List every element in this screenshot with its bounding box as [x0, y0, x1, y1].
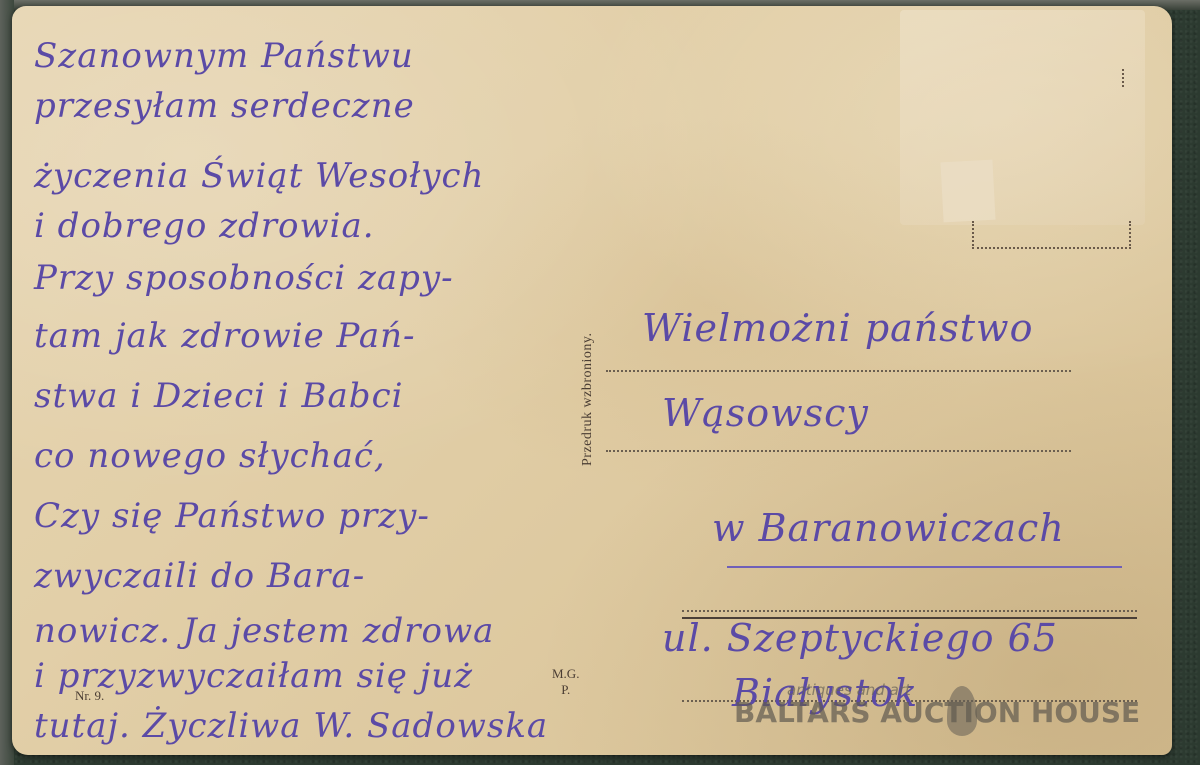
stamp-remnant — [940, 160, 995, 223]
address-salutation: Wielmożni państwo — [642, 306, 1033, 350]
message-line: Szanownym Państwu — [34, 36, 414, 76]
address-town-underline — [727, 566, 1122, 568]
postcard: Przedruk wzbroniony. Szanownym Państwu p… — [12, 6, 1172, 755]
message-line: życzenia Świąt Wesołych — [34, 156, 484, 196]
stamp-placement-box — [972, 221, 1131, 249]
address-rule-2 — [606, 450, 1071, 452]
message-line: co nowego słychać, — [34, 436, 386, 476]
message-line: Przy sposobności zapy- — [34, 258, 454, 298]
address-rule-1 — [606, 370, 1071, 372]
stamp-corner-mark — [1122, 69, 1126, 87]
message-line: i dobrego zdrowia. — [34, 206, 375, 246]
address-street: ul. Szeptyckiego 65 — [662, 616, 1058, 660]
publisher-mark-bottom: P. — [552, 682, 579, 698]
message-line: przesyłam serdeczne — [34, 86, 415, 126]
stamp-area — [900, 10, 1145, 225]
message-line: Czy się Państwo przy- — [34, 496, 430, 536]
address-town: w Baranowiczach — [712, 506, 1065, 550]
watermark-auction-house: BALTARS AUCTION HOUSE — [734, 696, 1134, 736]
message-line: zwyczaili do Bara- — [34, 556, 365, 596]
reprint-prohibited-notice: Przedruk wzbroniony. — [580, 332, 596, 466]
publisher-mark-top: M.G. — [552, 666, 579, 682]
address-recipient: Wąsowscy — [662, 391, 869, 435]
message-line: nowicz. Ja jestem zdrowa — [34, 611, 494, 651]
publisher-mark: M.G. P. — [552, 666, 579, 698]
address-rule-3 — [682, 610, 1137, 612]
message-line: tam jak zdrowie Pań- — [34, 316, 416, 356]
message-line: stwa i Dzieci i Babci — [34, 376, 403, 416]
message-signature-line: tutaj. Życzliwa W. Sadowska — [34, 706, 548, 746]
series-number: Nr. 9. — [75, 688, 104, 704]
